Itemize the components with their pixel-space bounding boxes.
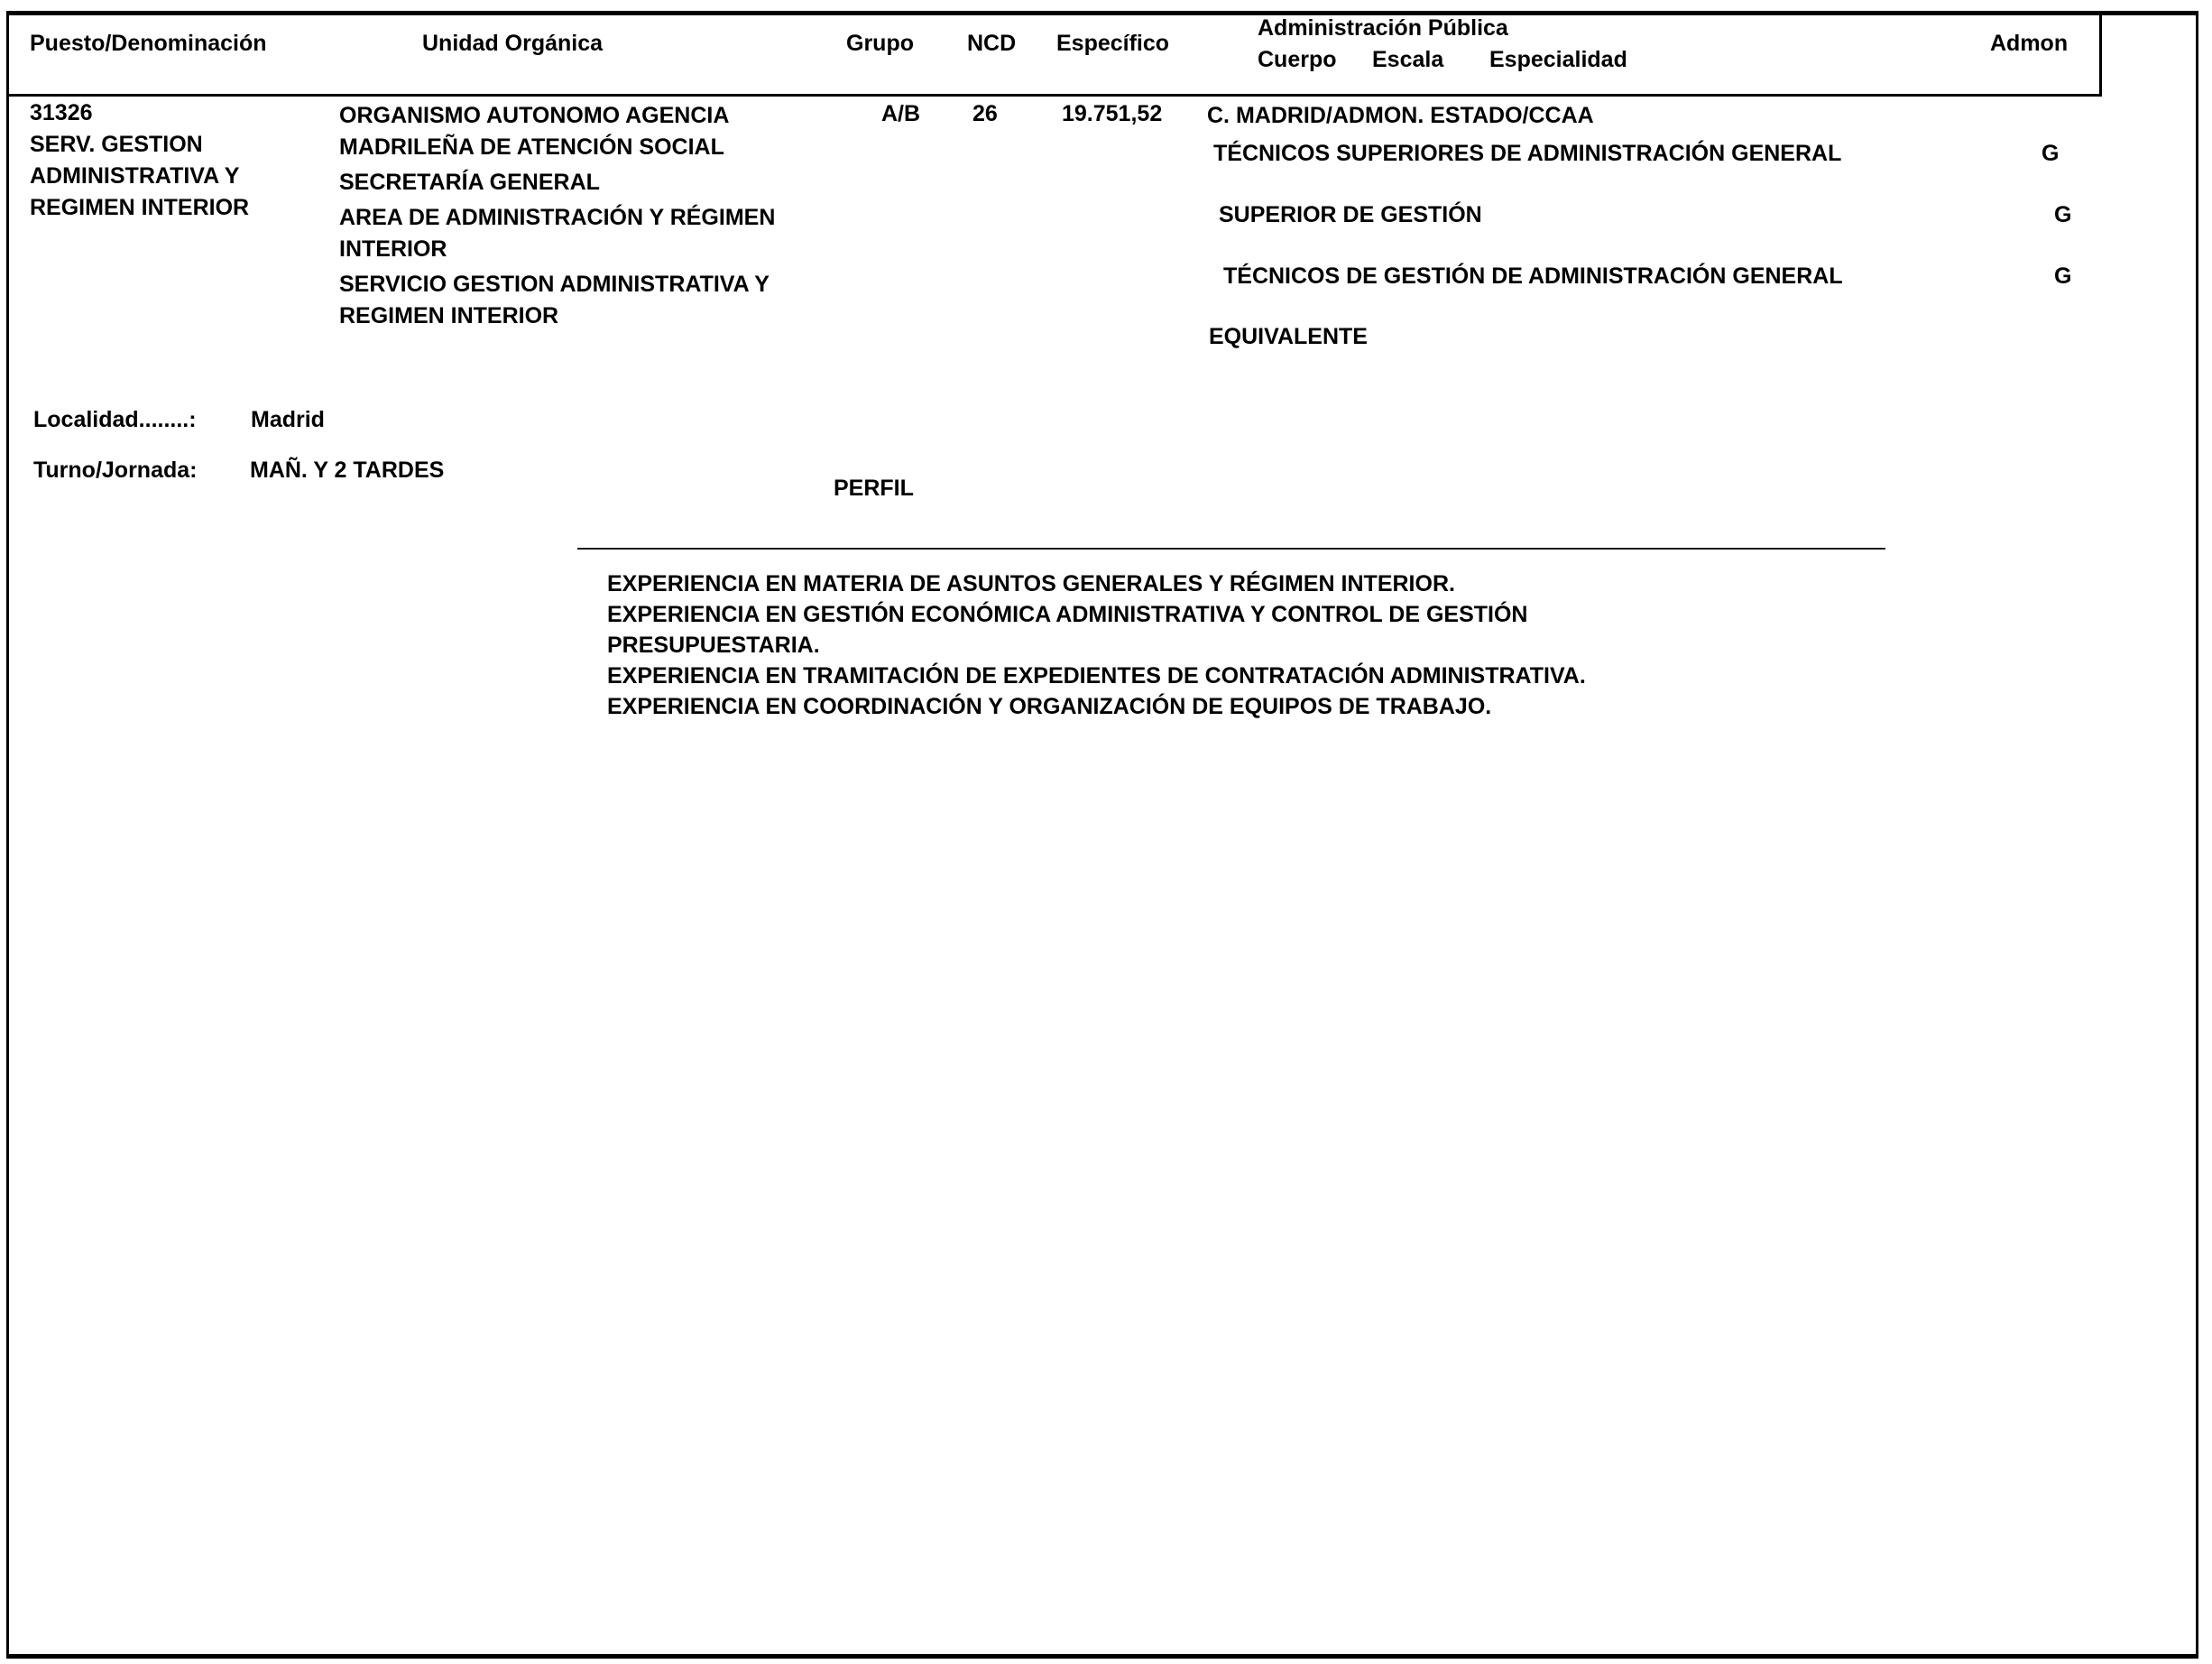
unidad-organica-line: MADRILEÑA DE ATENCIÓN SOCIAL xyxy=(339,132,724,163)
cuerpo-nombre: TÉCNICOS DE GESTIÓN DE ADMINISTRACIÓN GE… xyxy=(1223,261,1843,292)
col-header-escala: Escala xyxy=(1372,44,1443,76)
puesto-administracion-value: C. MADRID/ADMON. ESTADO/CCAA xyxy=(1207,100,1594,132)
puesto-grupo-value: A/B xyxy=(881,98,920,130)
cuerpo-admon-value: G xyxy=(2054,199,2071,231)
perfil-divider xyxy=(577,548,1885,550)
unidad-organica-line: SERVICIO GESTION ADMINISTRATIVA Y xyxy=(339,269,770,300)
unidad-organica-line: AREA DE ADMINISTRACIÓN Y RÉGIMEN xyxy=(339,202,775,234)
col-header-admon: Admon xyxy=(1990,28,2068,60)
col-header-especialidad: Especialidad xyxy=(1489,44,1627,76)
cuerpo-admon-value: G xyxy=(2054,261,2071,292)
column-header-box xyxy=(6,11,2102,97)
col-header-ncd: NCD xyxy=(967,28,1016,60)
cuerpo-nombre: EQUIVALENTE xyxy=(1209,321,1368,353)
unidad-organica-line: REGIMEN INTERIOR xyxy=(339,300,558,332)
localidad-value: Madrid xyxy=(251,404,325,436)
col-header-grupo: Grupo xyxy=(846,28,914,60)
puesto-codigo: 31326 xyxy=(30,97,93,129)
cuerpo-admon-value: G xyxy=(2041,138,2059,170)
turno-jornada-label: Turno/Jornada: xyxy=(33,455,197,486)
turno-jornada-value: MAÑ. Y 2 TARDES xyxy=(250,455,444,486)
col-header-puesto-denominacion: Puesto/Denominación xyxy=(30,28,267,60)
unidad-organica-line: INTERIOR xyxy=(339,234,447,265)
cuerpo-nombre: SUPERIOR DE GESTIÓN xyxy=(1219,199,1482,231)
col-header-unidad-organica: Unidad Orgánica xyxy=(422,28,603,60)
puesto-denominacion-line: ADMINISTRATIVA Y xyxy=(30,161,239,192)
localidad-label: Localidad........: xyxy=(33,404,197,436)
perfil-line: EXPERIENCIA EN TRAMITACIÓN DE EXPEDIENTE… xyxy=(607,661,1586,691)
puesto-especifico-value: 19.751,52 xyxy=(1062,98,1162,130)
perfil-line: EXPERIENCIA EN MATERIA DE ASUNTOS GENERA… xyxy=(607,569,1455,599)
unidad-organica-line: SECRETARÍA GENERAL xyxy=(339,167,600,199)
perfil-line: PRESUPUESTARIA. xyxy=(607,630,820,661)
unidad-organica-line: ORGANISMO AUTONOMO AGENCIA xyxy=(339,100,729,132)
perfil-line: EXPERIENCIA EN GESTIÓN ECONÓMICA ADMINIS… xyxy=(607,599,1527,630)
puesto-ncd-value: 26 xyxy=(972,98,998,130)
cuerpo-nombre: TÉCNICOS SUPERIORES DE ADMINISTRACIÓN GE… xyxy=(1213,138,1841,170)
perfil-line: EXPERIENCIA EN COORDINACIÓN Y ORGANIZACI… xyxy=(607,691,1491,722)
col-header-especifico: Específico xyxy=(1056,28,1169,60)
puesto-denominacion-line: REGIMEN INTERIOR xyxy=(30,192,249,224)
puesto-denominacion-line: SERV. GESTION xyxy=(30,129,203,161)
page-border xyxy=(6,11,2198,1659)
perfil-title: PERFIL xyxy=(834,473,914,504)
col-header-cuerpo: Cuerpo xyxy=(1258,44,1337,76)
col-header-administracion-publica: Administración Pública xyxy=(1258,13,1508,44)
